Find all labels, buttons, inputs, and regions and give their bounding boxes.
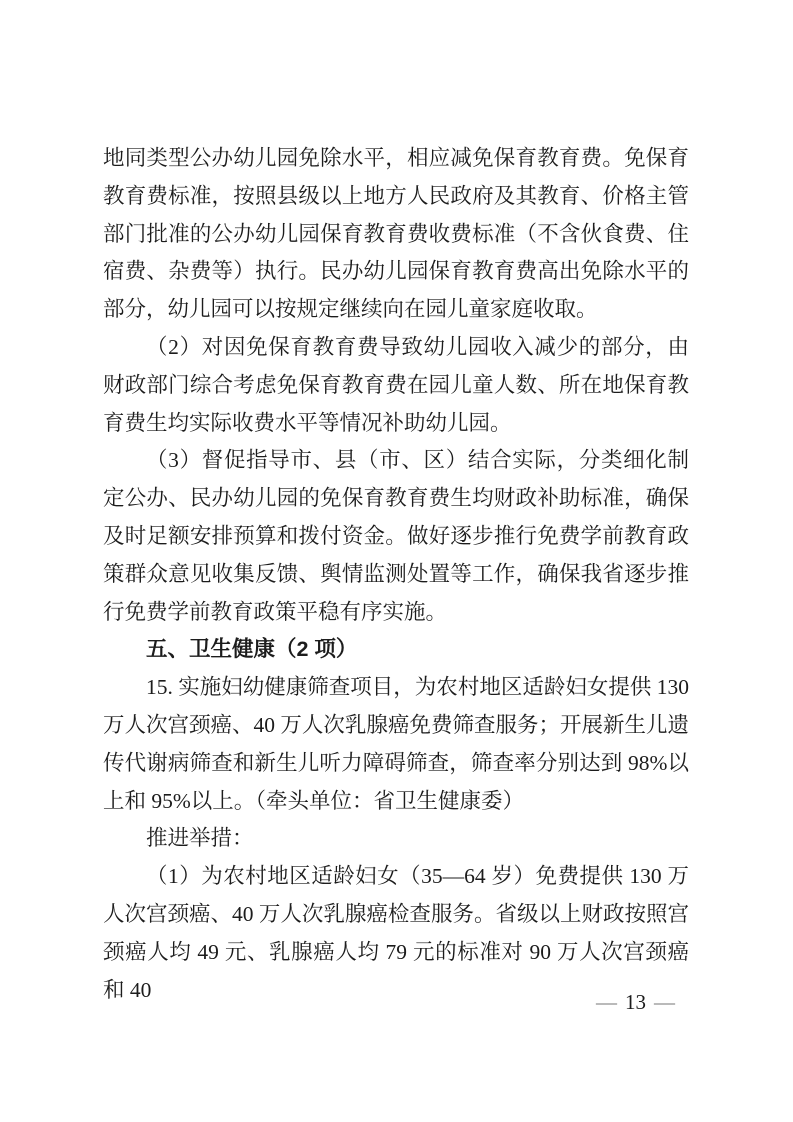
document-page: 地同类型公办幼儿园免除水平，相应减免保育教育费。免保育教育费标准，按照县级以上地…	[0, 0, 793, 1122]
page-number: 13	[625, 990, 646, 1014]
paragraph: 15. 实施妇幼健康筛查项目，为农村地区适龄妇女提供 130 万人次宫颈癌、40…	[103, 669, 689, 820]
document-body: 地同类型公办幼儿园免除水平，相应减免保育教育费。免保育教育费标准，按照县级以上地…	[103, 140, 689, 1009]
footer-left-dash: —	[596, 990, 617, 1014]
page-footer: —13—	[596, 990, 675, 1014]
paragraph: 地同类型公办幼儿园免除水平，相应减免保育教育费。免保育教育费标准，按照县级以上地…	[103, 140, 689, 329]
paragraph: （3）督促指导市、县（市、区）结合实际，分类细化制定公办、民办幼儿园的免保育教育…	[103, 442, 689, 631]
section-heading: 五、卫生健康（2 项）	[103, 631, 689, 669]
footer-right-dash: —	[654, 990, 675, 1014]
paragraph: （2）对因免保育教育费导致幼儿园收入减少的部分，由财政部门综合考虑免保育教育费在…	[103, 329, 689, 442]
paragraph: （1）为农村地区适龄妇女（35—64 岁）免费提供 130 万人次宫颈癌、40 …	[103, 858, 689, 1009]
paragraph: 推进举措：	[103, 820, 689, 858]
